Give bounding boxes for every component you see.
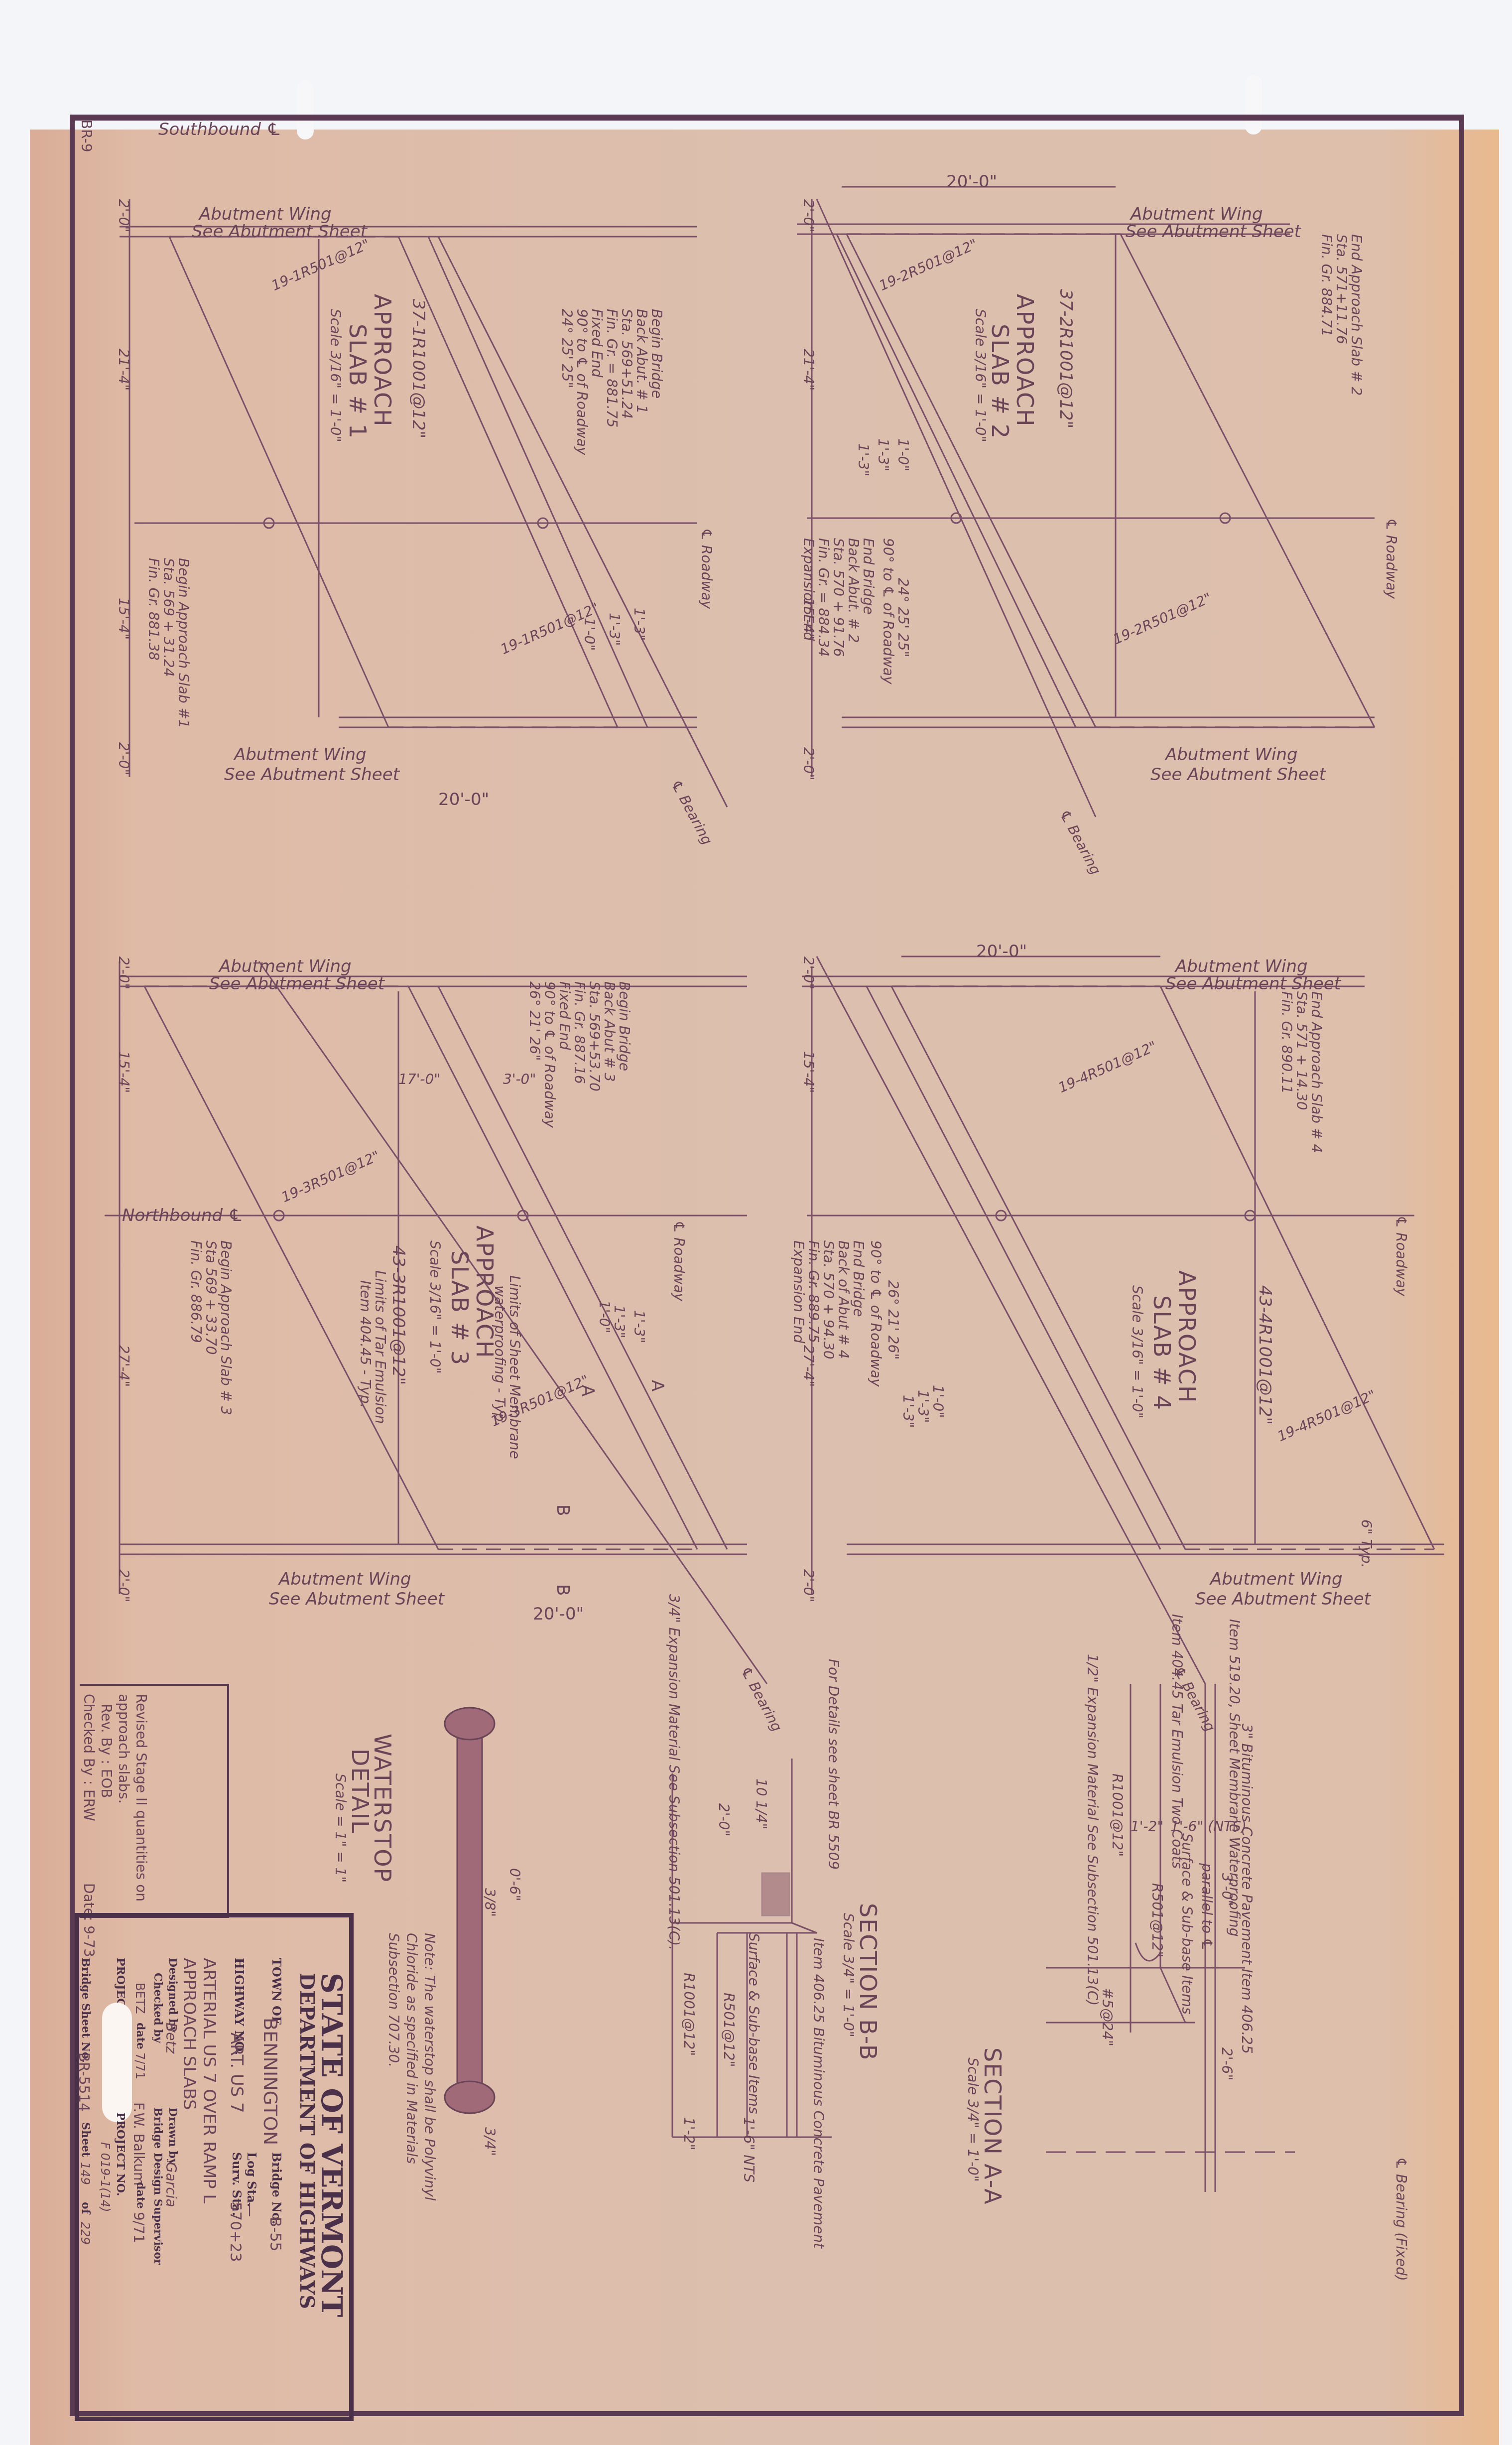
section-mark-b-2: B [553,1584,573,1596]
section-mark-a-2: A [578,1385,598,1396]
slab1-dim-low: 15'-4" [116,598,132,640]
title-state: STATE OF VERMONT [315,1973,349,2317]
slab4-angle-label: 90° to ℄ of Roadway [868,1240,884,1387]
section-aa-title: SECTION A-A [979,2047,1006,2205]
slab3-tar-limits: Limits of Tar Emulsion [372,1270,388,1424]
slab2-dim-bot: 2'-0" [800,747,817,780]
revision-line-2: approach slabs. [116,1694,132,1804]
section-aa-bar-5: #5@24" [1099,1988,1116,2046]
slab4-angle-value: 26° 21' 26" [885,1280,901,1359]
bridge-no-label: Bridge No. [269,2152,284,2224]
waterstop-bulb: 3/4" [482,2127,498,2156]
slab2-dim-mid: 21'-4" [800,349,817,391]
slab3-tar-item: Item 404.45 - Typ. [357,1280,374,1408]
slab3-dim-mid: 15'-4" [116,1051,132,1093]
section-aa-subbase-note: Surface & Sub-base Items [1179,1833,1195,2015]
drawn-value: Garcia [163,2162,179,2207]
section-bb-bar-r1001: R1001@12" [681,1973,697,2056]
slab4-abutment-sheet-top: See Abutment Sheet [1165,974,1341,994]
project-no-label: PROJECT NO. [114,2112,127,2196]
slab3-dim-17ft: 17'-0" [398,1071,440,1087]
slab2-width-dim: 20'-0" [946,172,997,192]
slab1-offset-1: 1'-3" [631,608,647,641]
slab3-roadway-label: ℄ Roadway [671,1221,687,1301]
slab2-offset-2: 1'-3" [875,438,891,471]
designed-label: Designed by [166,1958,179,2033]
waterstop-note: Note: The waterstop shall be Polyvinyl C… [384,1933,438,2212]
slab4-offset-1: 1'-0" [930,1385,946,1418]
slab2-abutment-wing-top: Abutment Wing [1131,204,1263,224]
section-bb-details-note: For Details see sheet BR 5509 [825,1659,842,1870]
town-label: TOWN OF [269,1958,284,2025]
project-redaction [102,2003,132,2122]
slab2-abutment-wing-bottom: Abutment Wing [1165,745,1298,765]
slab4-roadway-label: ℄ Roadway [1393,1216,1409,1296]
supervisor-label: Bridge Design Supervisor [151,2107,164,2265]
slab4-offset-3: 1'-3" [900,1395,916,1428]
slab2-scale: Scale 3/16" = 1'-0" [972,309,989,442]
section-aa-dim-2-6: 2'-6" [1219,2047,1235,2080]
checked-date-label: date [134,2023,147,2049]
town-value: BENNINGTON [259,2018,281,2145]
slab3-long-bars: 43-3R1001@12" [388,1245,408,1385]
section-bb-subbase-note: Surface & Sub-base Items [746,1933,762,2114]
slab1-angle-value: 24° 25' 25" [559,309,575,388]
slab1-scale: Scale 3/16" = 1'-0" [327,309,344,442]
section-bb-dim-1-6: 1'-6" NTS [741,2117,757,2182]
slab2-roadway-label: ℄ Roadway [1383,518,1399,599]
slab1-abutment-wing-bottom: Abutment Wing [234,745,367,765]
description-line-2: APPROACH SLABS [179,1958,199,2110]
slab4-typ-dim: 6" Typ. [1358,1519,1375,1568]
slab3-dim-3ft: 3'-0" [503,1071,536,1087]
slab2-angle-value: 24° 25' 25" [895,578,911,657]
slab1-title: APPROACH [369,294,396,427]
checked-date-value: 7/71 [133,2052,147,2079]
waterstop-scale: Scale = 1" = 1" [332,1773,349,1883]
slab4-dim-mid: 15'-4" [800,1051,817,1093]
slab4-width-dim: 20'-0" [976,942,1027,961]
slab3-dim-bot: 2'-0" [116,1569,132,1602]
revision-line-1: Revised Stage II quantities on [133,1694,149,1902]
section-aa-bar-r501: R501@12" [1149,1883,1165,1957]
slab4-dim-top: 2'-0" [800,956,817,989]
waterstop-web: 3/8" [482,1888,498,1917]
supervisor-date-label: date [134,2182,147,2209]
checked-label: Checked by [151,1973,164,2043]
section-aa-bar-r1001: R1001@12" [1109,1773,1126,1857]
slab1-abutment-wing-top: Abutment Wing [199,204,332,224]
slab1-abutment-sheet-top: See Abutment Sheet [192,222,367,242]
slab2-title: APPROACH [1011,294,1038,427]
section-aa-parallel: parallel to ℄ [1199,1863,1215,1950]
project-no-value: F 019-1(14) [98,2142,112,2212]
slab3-angle-label: 90° to ℄ of Roadway [541,981,558,1128]
slab1-offset-3: 1'-0" [581,618,598,651]
slab1-slab-number: SLAB # 1 [344,324,371,439]
slab3-membrane-limits: Limits of Sheet Membrane [506,1275,523,1459]
slab1-centerline-label: Southbound ℄ [158,120,281,139]
slab3-angle-value: 26° 21' 26" [526,981,543,1061]
slab2-abutment-sheet-bottom: See Abutment Sheet [1150,765,1326,785]
waterstop-title-2: DETAIL [347,1749,374,1834]
revision-rev-by: Rev. By : EOB [98,1704,115,1798]
slab3-offset-2: 1'-3" [611,1305,628,1338]
slab3-offset-1: 1'-3" [631,1310,647,1343]
section-aa-bearing: ℄ Bearing (Fixed) [1393,2157,1409,2281]
description-line-1: ARTERIAL US 7 OVER RAMP L [199,1958,219,2203]
slab4-long-bars: 43-4R1001@12" [1255,1285,1275,1425]
of-label: of [79,2202,92,2214]
section-aa-expansion-note: 1/2" Expansion Material See Subsection 5… [1084,1654,1101,2006]
bridge-sheet-label: Bridge Sheet No. [79,1958,92,2063]
slab3-dim-low: 27'-4" [116,1345,132,1387]
bridge-sheet-value: BR-5514 [76,2052,92,2112]
slab1-width-dim: 20'-0" [438,790,489,810]
supervisor-value: F.W. Balkum [130,2102,147,2185]
slab2-offset-3: 1'-3" [855,443,872,476]
revision-checked-by: Checked By : ERW [81,1694,97,1821]
section-bb-dim-1-2: 1'-2" [681,2117,697,2150]
highway-value: ART. US 7 [227,2033,247,2113]
slab1-abutment-sheet-bottom: See Abutment Sheet [224,765,399,785]
sheet-label: Sheet [79,2122,92,2157]
slab1-roadway-label: ℄ Roadway [698,528,715,609]
title-dept: DEPARTMENT OF HIGHWAYS [295,1973,319,2309]
section-aa-dim-1-2: 1'-2" [1131,1818,1163,1835]
slab4-dim-low: 27'-4" [800,1345,817,1387]
slab2-dim-top: 2'-0" [800,199,817,232]
section-aa-scale: Scale 3/4" = 1'-0" [965,2057,981,2182]
slab2-abutment-sheet-top: See Abutment Sheet [1126,222,1301,242]
slab1-long-bars: 37-1R1001@12" [408,299,428,438]
bridge-no-value: B-55 [266,2217,284,2252]
slab1-dim-top: 2'-0" [116,199,132,232]
slab3-abutment-sheet-top: See Abutment Sheet [209,974,384,994]
section-aa-pavement-note: 3" Bituminous Concrete Pavement Item 406… [1239,1724,1255,2054]
slab1-dim-bot: 2'-0" [116,742,132,775]
section-bb-pavement-note: Item 406.25 Bituminous Concrete Pavement [810,1938,827,2248]
log-sta-value: — [242,2202,259,2217]
slab4-offset-2: 1'-3" [915,1390,931,1423]
designed-value: Betz [163,2023,179,2053]
slab4-title: APPROACH [1173,1270,1200,1404]
checked-value: BETZ [133,1983,147,2014]
section-bb-expansion-note: 3/4" Expansion Material See Subsection 5… [666,1594,682,1950]
log-sta-label: Log Sta. [245,2152,259,2207]
section-bb-bar-r501: R501@12" [721,1993,737,2067]
drawn-label: Drawn by [166,2107,179,2165]
section-bb-scale: Scale 3/4" = 1'-0" [840,1913,857,2037]
slab1-offset-2: 1'-3" [606,613,623,646]
slab4-dim-bot: 2'-0" [800,1569,817,1602]
slab1-angle-label: 90° to ℄ of Roadway [574,309,590,455]
slab2-long-bars: 37-2R1001@12" [1056,289,1076,428]
section-mark-b-1: B [553,1504,573,1516]
slab1-dim-mid: 21'-4" [116,349,132,391]
slab3-width-dim: 20'-0" [533,1604,584,1624]
slab3-abutment-sheet-bottom: See Abutment Sheet [269,1589,444,1609]
slab3-abutment-wing-bottom: Abutment Wing [279,1569,411,1589]
section-aa-dim-3ft: 3'-0" [1219,1873,1235,1906]
slab4-abutment-wing-top: Abutment Wing [1175,956,1308,976]
slab3-slab-number: SLAB # 3 [446,1250,473,1366]
section-mark-a-1: A [647,1380,667,1391]
section-bb-dim-2ft: 2'-0" [716,1803,732,1836]
slab3-membrane-item: waterproofing - Typ. [492,1285,508,1426]
slab3-abutment-wing-top: Abutment Wing [219,956,352,976]
sheet-value: 149 [78,2162,92,2185]
of-value: 229 [78,2222,92,2245]
supervisor-date-value: 9/71 [130,2212,147,2243]
section-bb-title: SECTION B-B [855,1903,882,2061]
section-bb-dim-10: 10 1/4" [753,1778,769,1829]
waterstop-length: 0'-6" [506,1868,523,1901]
slab4-slab-number: SLAB # 4 [1148,1295,1175,1411]
surv-sta-value: 570+23 [227,2202,244,2262]
slab3-centerline-label: Northbound ℄ [122,1206,243,1225]
slab2-slab-number: SLAB # 2 [987,324,1013,439]
slab3-dim-top: 2'-0" [116,956,132,989]
slab4-abutment-wing-bottom: Abutment Wing [1210,1569,1343,1589]
slab2-offset-1: 1'-0" [895,438,911,471]
slab3-scale: Scale 3/16" = 1'-0" [427,1240,443,1374]
section-aa-dim-1-6: 1'-6" (NTS) [1170,1818,1247,1835]
slab4-abutment-sheet-bottom: See Abutment Sheet [1195,1589,1371,1609]
slab3-offset-3: 1'-0" [596,1300,613,1333]
slab2-angle-label: 90° to ℄ of Roadway [880,538,896,684]
slab4-scale: Scale 3/16" = 1'-0" [1129,1285,1145,1419]
